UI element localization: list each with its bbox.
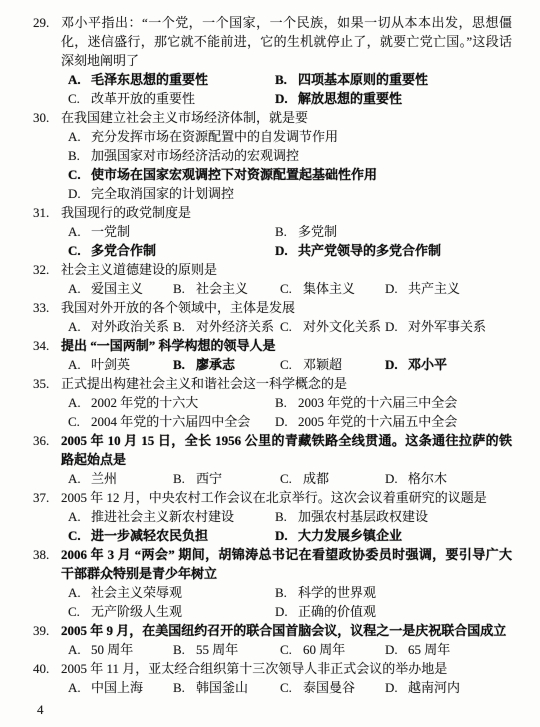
option-text: 正确的价值观	[298, 602, 376, 621]
option-label: D.	[385, 355, 408, 374]
option-item: C. 60 周年	[280, 640, 385, 659]
option-text: 邓小平	[408, 355, 447, 374]
question-list: 29. 邓小平指出：“一个党，一个国家，一个民族，如果一切从本本出发，思想僵化，…	[33, 13, 512, 697]
option-text: 解放思想的重要性	[298, 89, 402, 108]
option-item: D. 65 周年	[385, 640, 512, 659]
option-item: B. 2003 年党的十六届三中全会	[275, 393, 512, 412]
option-label: B.	[173, 678, 196, 697]
option-text: 一党制	[91, 222, 130, 241]
option-label: C.	[68, 412, 91, 431]
options-group: A. 2002 年党的十六大 B. 2003 年党的十六届三中全会 C. 200…	[68, 393, 512, 431]
option-text: 共产主义	[408, 279, 460, 298]
option-label: B.	[173, 355, 196, 374]
option-item: A. 对外政治关系	[68, 317, 173, 336]
question-stem: 社会主义道德建设的原则是	[61, 260, 512, 279]
option-label: D.	[275, 526, 298, 545]
options-group: A. 中国上海 B. 韩国釜山 C. 泰国曼谷 D. 越南河内	[68, 678, 512, 697]
question-item: 33. 我国对外开放的各个领域中，主体是发展 A. 对外政治关系 B. 对外经济…	[33, 298, 512, 336]
question-row: 34. 提出 “一国两制” 科学构想的领导人是	[33, 336, 512, 355]
option-text: 四项基本原则的重要性	[298, 70, 428, 89]
option-label: A.	[68, 393, 91, 412]
option-item: A. 2002 年党的十六大	[68, 393, 275, 412]
option-item: A. 兰州	[68, 469, 173, 488]
option-item: A. 叶剑英	[68, 355, 173, 374]
option-item: B. 韩国釜山	[173, 678, 280, 697]
option-label: D.	[275, 602, 298, 621]
option-item: B. 对外经济关系	[173, 317, 280, 336]
option-item: C. 多党合作制	[68, 241, 275, 260]
question-item: 40. 2005 年 11 月，亚太经合组织第十三次领导人非正式会议的举办地是 …	[33, 659, 512, 697]
option-text: 2004 年党的十六届四中全会	[91, 412, 250, 431]
option-label: D.	[385, 317, 408, 336]
option-item: B. 55 周年	[173, 640, 280, 659]
option-label: A.	[68, 583, 91, 602]
option-label: C.	[280, 317, 303, 336]
options-group: A. 叶剑英 B. 廖承志 C. 邓颖超 D. 邓小平	[68, 355, 512, 374]
exam-page: 29. 邓小平指出：“一个党，一个国家，一个民族，如果一切从本本出发，思想僵化，…	[0, 0, 540, 727]
option-item: C. 使市场在国家宏观调控下对资源配置起基础性作用	[68, 165, 512, 184]
option-item: C. 集体主义	[280, 279, 385, 298]
option-item: A. 中国上海	[68, 678, 173, 697]
option-item: C. 改革开放的重要性	[68, 89, 275, 108]
option-item: D. 邓小平	[385, 355, 512, 374]
question-number: 36.	[33, 431, 61, 450]
question-number: 39.	[33, 621, 61, 640]
question-number: 35.	[33, 374, 61, 393]
option-text: 50 周年	[91, 640, 133, 659]
question-row: 31. 我国现行的政党制度是	[33, 203, 512, 222]
question-item: 35. 正式提出构建社会主义和谐社会这一科学概念的是 A. 2002 年党的十六…	[33, 374, 512, 431]
question-stem: 邓小平指出：“一个党，一个国家，一个民族，如果一切从本本出发，思想僵化，迷信盛行…	[61, 13, 512, 70]
option-label: B.	[173, 279, 196, 298]
option-label: C.	[280, 640, 303, 659]
option-text: 加强农村基层政权建设	[298, 507, 428, 526]
option-label: D.	[385, 640, 408, 659]
option-text: 韩国釜山	[196, 678, 248, 697]
option-item: D. 对外军事关系	[385, 317, 512, 336]
option-text: 成都	[303, 469, 329, 488]
option-label: A.	[68, 127, 91, 146]
option-text: 中国上海	[91, 678, 143, 697]
option-text: 叶剑英	[91, 355, 130, 374]
option-item: A. 推进社会主义新农村建设	[68, 507, 275, 526]
option-text: 65 周年	[408, 640, 450, 659]
option-text: 爱国主义	[91, 279, 143, 298]
option-label: B.	[173, 317, 196, 336]
option-label: D.	[385, 678, 408, 697]
option-text: 格尔木	[408, 469, 447, 488]
options-group: A. 社会主义荣辱观 B. 科学的世界观 C. 无产阶级人生观 D. 正确的价值…	[68, 583, 512, 621]
option-text: 对外文化关系	[303, 317, 381, 336]
option-label: C.	[68, 602, 91, 621]
question-item: 39. 2005 年 9 月，在美国纽约召开的联合国首脑会议，议程之一是庆祝联合…	[33, 621, 512, 659]
options-group: A. 充分发挥市场在资源配置中的自发调节作用 B. 加强国家对市场经济活动的宏观…	[68, 127, 512, 203]
option-item: D. 完全取消国家的计划调控	[68, 184, 512, 203]
question-item: 38. 2006 年 3 月 “两会” 期间，胡锦涛总书记在看望政协委员时强调，…	[33, 545, 512, 621]
option-label: C.	[280, 469, 303, 488]
option-label: A.	[68, 222, 91, 241]
question-number: 31.	[33, 203, 61, 222]
question-number: 37.	[33, 488, 61, 507]
question-stem: 2005 年 11 月，亚太经合组织第十三次领导人非正式会议的举办地是	[61, 659, 512, 678]
option-item: A. 50 周年	[68, 640, 173, 659]
question-row: 40. 2005 年 11 月，亚太经合组织第十三次领导人非正式会议的举办地是	[33, 659, 512, 678]
option-label: C.	[280, 279, 303, 298]
option-item: D. 2005 年党的十六届五中全会	[275, 412, 512, 431]
page-number: 4	[37, 700, 512, 719]
option-label: A.	[68, 317, 91, 336]
option-item: B. 加强农村基层政权建设	[275, 507, 512, 526]
option-item: B. 四项基本原则的重要性	[275, 70, 512, 89]
option-label: D.	[385, 279, 408, 298]
option-item: D. 共产党领导的多党合作制	[275, 241, 512, 260]
option-label: C.	[68, 526, 91, 545]
option-item: C. 2004 年党的十六届四中全会	[68, 412, 275, 431]
option-item: A. 充分发挥市场在资源配置中的自发调节作用	[68, 127, 512, 146]
option-item: B. 社会主义	[173, 279, 280, 298]
option-label: C.	[280, 355, 303, 374]
question-number: 40.	[33, 659, 61, 678]
question-row: 33. 我国对外开放的各个领域中，主体是发展	[33, 298, 512, 317]
options-group: A. 50 周年 B. 55 周年 C. 60 周年 D. 65 周年	[68, 640, 512, 659]
question-row: 32. 社会主义道德建设的原则是	[33, 260, 512, 279]
option-text: 共产党领导的多党合作制	[298, 241, 441, 260]
option-item: D. 格尔木	[385, 469, 512, 488]
option-text: 邓颖超	[303, 355, 342, 374]
options-group: A. 一党制 B. 多党制 C. 多党合作制 D. 共产党领导的多党合作制	[68, 222, 512, 260]
option-text: 集体主义	[303, 279, 355, 298]
option-text: 对外经济关系	[196, 317, 274, 336]
option-text: 西宁	[196, 469, 222, 488]
option-label: B.	[275, 583, 298, 602]
question-stem: 我国对外开放的各个领域中，主体是发展	[61, 298, 512, 317]
option-text: 完全取消国家的计划调控	[91, 184, 234, 203]
option-text: 社会主义	[196, 279, 248, 298]
option-label: A.	[68, 507, 91, 526]
option-text: 廖承志	[196, 355, 235, 374]
question-stem: 我国现行的政党制度是	[61, 203, 512, 222]
option-text: 越南河内	[408, 678, 460, 697]
question-number: 38.	[33, 545, 61, 564]
option-label: D.	[275, 412, 298, 431]
option-label: C.	[68, 165, 91, 184]
option-label: A.	[68, 640, 91, 659]
question-stem: 2006 年 3 月 “两会” 期间，胡锦涛总书记在看望政协委员时强调，要引导广…	[61, 545, 512, 583]
option-item: C. 对外文化关系	[280, 317, 385, 336]
option-item: A. 一党制	[68, 222, 275, 241]
option-text: 推进社会主义新农村建设	[91, 507, 234, 526]
question-number: 34.	[33, 336, 61, 355]
option-label: A.	[68, 70, 91, 89]
option-text: 充分发挥市场在资源配置中的自发调节作用	[91, 127, 338, 146]
option-item: B. 西宁	[173, 469, 280, 488]
option-item: D. 共产主义	[385, 279, 512, 298]
option-item: C. 邓颖超	[280, 355, 385, 374]
question-row: 35. 正式提出构建社会主义和谐社会这一科学概念的是	[33, 374, 512, 393]
option-item: C. 进一步减轻农民负担	[68, 526, 275, 545]
question-stem: 在我国建立社会主义市场经济体制，就是要	[61, 108, 512, 127]
question-row: 39. 2005 年 9 月，在美国纽约召开的联合国首脑会议，议程之一是庆祝联合…	[33, 621, 512, 640]
option-text: 2003 年党的十六届三中全会	[298, 393, 457, 412]
options-group: A. 对外政治关系 B. 对外经济关系 C. 对外文化关系 D. 对外军事关系	[68, 317, 512, 336]
question-number: 32.	[33, 260, 61, 279]
option-item: C. 无产阶级人生观	[68, 602, 275, 621]
option-label: C.	[280, 678, 303, 697]
option-item: C. 泰国曼谷	[280, 678, 385, 697]
option-item: B. 科学的世界观	[275, 583, 512, 602]
options-group: A. 兰州 B. 西宁 C. 成都 D. 格尔木	[68, 469, 512, 488]
option-label: B.	[275, 222, 298, 241]
question-number: 30.	[33, 108, 61, 127]
question-item: 31. 我国现行的政党制度是 A. 一党制 B. 多党制 C. 多党合作制 D.…	[33, 203, 512, 260]
option-label: B.	[275, 70, 298, 89]
option-label: C.	[68, 241, 91, 260]
question-number: 33.	[33, 298, 61, 317]
option-item: A. 爱国主义	[68, 279, 173, 298]
question-row: 36. 2005 年 10 月 15 日，全长 1956 公里的青藏铁路全线贯通…	[33, 431, 512, 469]
option-item: D. 解放思想的重要性	[275, 89, 512, 108]
question-item: 29. 邓小平指出：“一个党，一个国家，一个民族，如果一切从本本出发，思想僵化，…	[33, 13, 512, 108]
option-item: D. 正确的价值观	[275, 602, 512, 621]
question-row: 29. 邓小平指出：“一个党，一个国家，一个民族，如果一切从本本出发，思想僵化，…	[33, 13, 512, 70]
question-item: 34. 提出 “一国两制” 科学构想的领导人是 A. 叶剑英 B. 廖承志 C.…	[33, 336, 512, 374]
option-text: 2005 年党的十六届五中全会	[298, 412, 457, 431]
option-label: A.	[68, 355, 91, 374]
option-text: 多党制	[298, 222, 337, 241]
option-text: 2002 年党的十六大	[91, 393, 198, 412]
question-item: 32. 社会主义道德建设的原则是 A. 爱国主义 B. 社会主义 C. 集体主义…	[33, 260, 512, 298]
question-item: 36. 2005 年 10 月 15 日，全长 1956 公里的青藏铁路全线贯通…	[33, 431, 512, 488]
option-text: 社会主义荣辱观	[91, 583, 182, 602]
option-label: B.	[68, 146, 91, 165]
options-group: A. 爱国主义 B. 社会主义 C. 集体主义 D. 共产主义	[68, 279, 512, 298]
question-stem: 正式提出构建社会主义和谐社会这一科学概念的是	[61, 374, 512, 393]
option-text: 无产阶级人生观	[91, 602, 182, 621]
option-label: B.	[275, 393, 298, 412]
option-item: D. 大力发展乡镇企业	[275, 526, 512, 545]
option-label: B.	[173, 640, 196, 659]
option-label: A.	[68, 678, 91, 697]
option-item: C. 成都	[280, 469, 385, 488]
option-text: 大力发展乡镇企业	[298, 526, 402, 545]
option-text: 加强国家对市场经济活动的宏观调控	[91, 146, 299, 165]
option-item: B. 加强国家对市场经济活动的宏观调控	[68, 146, 512, 165]
option-item: D. 越南河内	[385, 678, 512, 697]
option-label: D.	[68, 184, 91, 203]
option-label: D.	[275, 89, 298, 108]
option-label: A.	[68, 469, 91, 488]
question-stem: 2005 年 9 月，在美国纽约召开的联合国首脑会议，议程之一是庆祝联合国成立	[61, 621, 512, 640]
question-row: 30. 在我国建立社会主义市场经济体制，就是要	[33, 108, 512, 127]
question-row: 38. 2006 年 3 月 “两会” 期间，胡锦涛总书记在看望政协委员时强调，…	[33, 545, 512, 583]
option-item: A. 毛泽东思想的重要性	[68, 70, 275, 89]
option-text: 科学的世界观	[298, 583, 376, 602]
option-label: C.	[68, 89, 91, 108]
question-number: 29.	[33, 13, 61, 32]
question-item: 37. 2005 年 12 月，中央农村工作会议在北京举行。这次会议着重研究的议…	[33, 488, 512, 545]
option-item: B. 多党制	[275, 222, 512, 241]
option-text: 对外政治关系	[91, 317, 169, 336]
option-text: 改革开放的重要性	[91, 89, 195, 108]
options-group: A. 推进社会主义新农村建设 B. 加强农村基层政权建设 C. 进一步减轻农民负…	[68, 507, 512, 545]
option-text: 使市场在国家宏观调控下对资源配置起基础性作用	[91, 165, 377, 184]
option-text: 多党合作制	[91, 241, 156, 260]
option-text: 60 周年	[303, 640, 345, 659]
question-stem: 2005 年 10 月 15 日，全长 1956 公里的青藏铁路全线贯通。这条通…	[61, 431, 512, 469]
option-label: D.	[275, 241, 298, 260]
option-label: D.	[385, 469, 408, 488]
option-item: B. 廖承志	[173, 355, 280, 374]
option-text: 兰州	[91, 469, 117, 488]
option-text: 毛泽东思想的重要性	[91, 70, 208, 89]
option-text: 泰国曼谷	[303, 678, 355, 697]
option-text: 对外军事关系	[408, 317, 486, 336]
option-label: B.	[275, 507, 298, 526]
question-row: 37. 2005 年 12 月，中央农村工作会议在北京举行。这次会议着重研究的议…	[33, 488, 512, 507]
question-stem: 2005 年 12 月，中央农村工作会议在北京举行。这次会议着重研究的议题是	[61, 488, 512, 507]
question-stem: 提出 “一国两制” 科学构想的领导人是	[61, 336, 512, 355]
option-label: A.	[68, 279, 91, 298]
option-text: 55 周年	[196, 640, 238, 659]
option-label: B.	[173, 469, 196, 488]
option-item: A. 社会主义荣辱观	[68, 583, 275, 602]
option-text: 进一步减轻农民负担	[91, 526, 208, 545]
options-group: A. 毛泽东思想的重要性 B. 四项基本原则的重要性 C. 改革开放的重要性 D…	[68, 70, 512, 108]
question-item: 30. 在我国建立社会主义市场经济体制，就是要 A. 充分发挥市场在资源配置中的…	[33, 108, 512, 203]
